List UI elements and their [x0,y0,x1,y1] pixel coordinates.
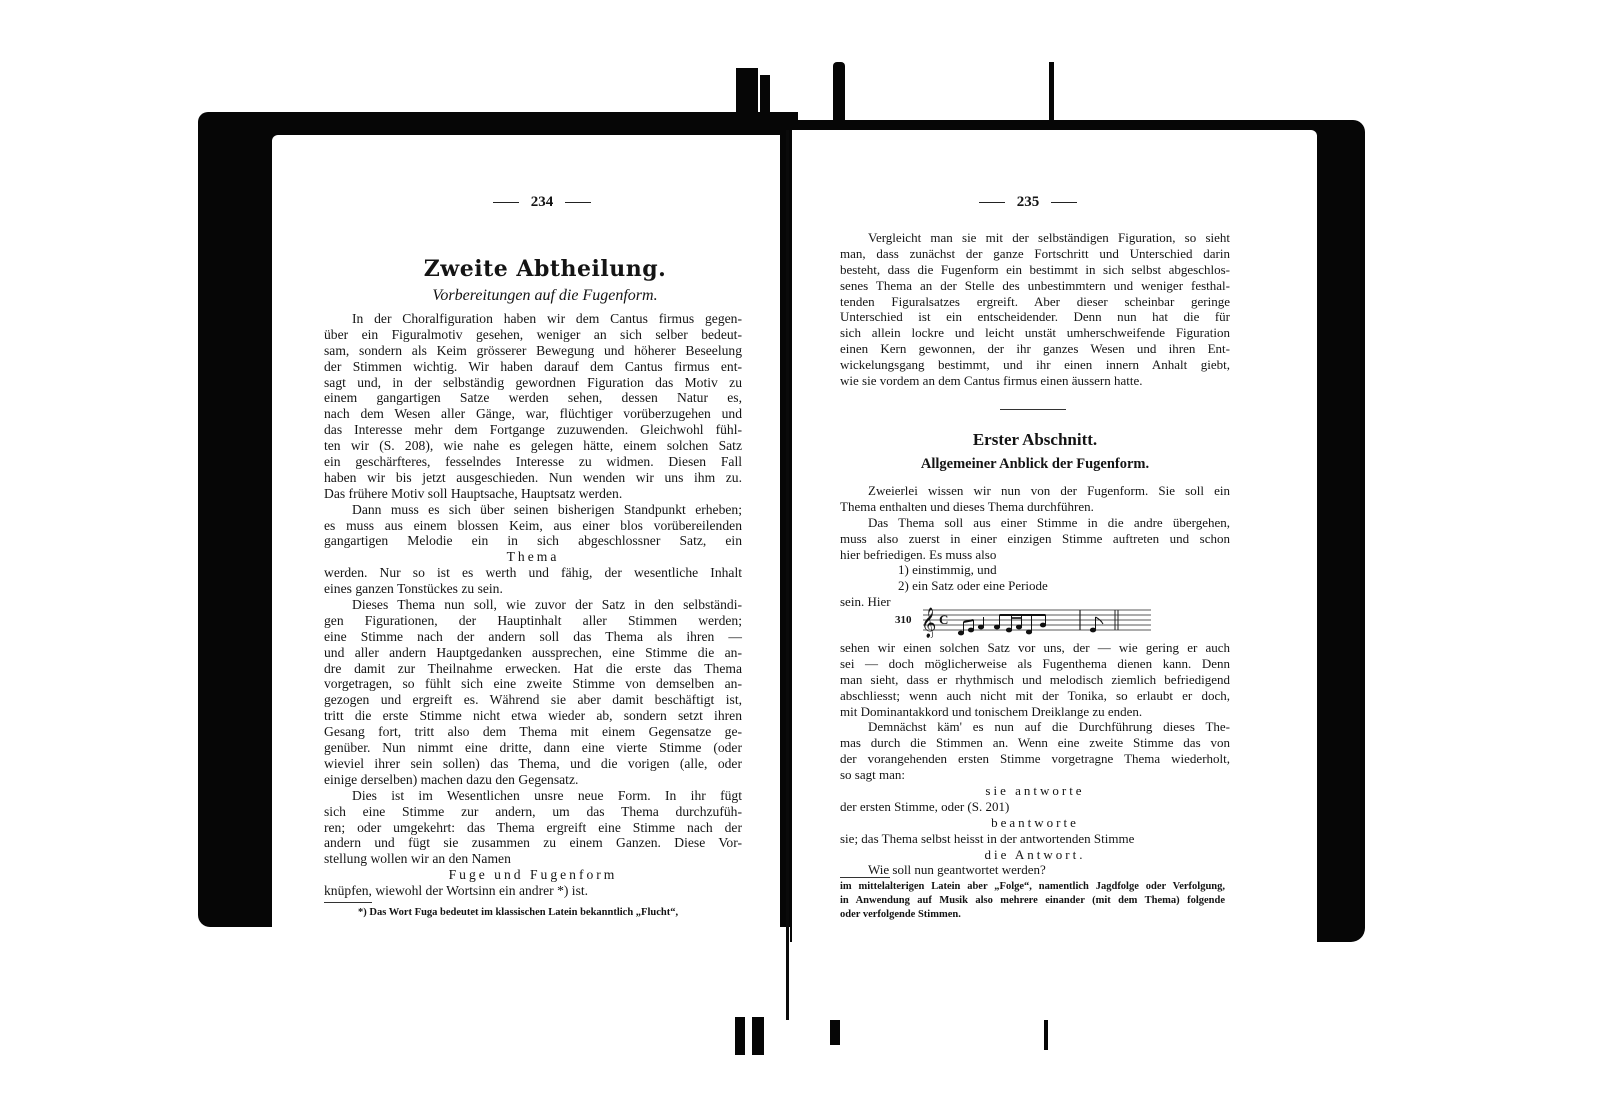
text-line: knüpfen, wiewohl der Wortsinn ein andrer… [324,883,742,899]
section-divider [1000,409,1066,410]
list-item: 1) einstimmig, und [840,562,1230,578]
bookmark-ribbon [1044,1020,1048,1050]
text-line: einige derselben) machen dazu den Gegens… [324,772,742,788]
text-line: mas durch die Stimmen an. Wenn eine zwei… [840,735,1230,751]
book-gutter [786,130,789,1020]
example-number: 310 [895,614,912,626]
text-line: nach dem Wesen aller Gänge, war, flüchti… [324,406,742,422]
right-body-text-mid: Zweierlei wissen wir nun von der Fugenfo… [840,483,1230,610]
footnote-rule [324,902,372,903]
page-number-text: 234 [531,194,554,210]
text-line: der Stimmen wichtig. Wir haben darauf de… [324,359,742,375]
text-line: gen Figurationen, der Hauptinhalt aller … [324,613,742,629]
text-line: das Interesse mehr dem Fortgange zuzuwen… [324,422,742,438]
page-number-right: 235 [928,194,1128,211]
text-line: ren; oder umgekehrt: das Thema ergreift … [324,820,742,836]
text-line: dre damit zur Theilnahme erwecken. Hat d… [324,661,742,677]
text-line: tritt die erste Stimme nicht etwa wieder… [324,708,742,724]
text-line: so sagt man: [840,767,1230,783]
text-line: sehen wir einen solchen Satz vor uns, de… [840,640,1230,656]
text-line: der ersten Stimme, oder (S. 201) [840,799,1230,815]
text-line: Zweierlei wissen wir nun von der Fugenfo… [840,483,1230,499]
page-number-left: 234 [442,194,642,211]
music-example: 310 𝄞 C [895,604,1155,638]
text-line: ein geschärfteres, fesselndes Interesse … [324,454,742,470]
text-line: stellung wollen wir an den Namen [324,851,742,867]
text-line: einen Kern gewonnen, der ihr ganzes Wese… [840,341,1230,357]
left-body-text: In der Choralfiguration haben wir dem Ca… [324,311,742,899]
text-line: Unterschied ist ein entscheidender. Denn… [840,309,1230,325]
page-number-text: 235 [1017,194,1040,210]
footnote-line: oder verfolgende Stimmen. [840,908,1225,922]
text-line: es muss aus einem blossen Keim, aus eine… [324,518,742,534]
text-line: genüber. Nun nimmt eine dritte, dann ein… [324,740,742,756]
text-line: einem gangartigen Satze werden sehen, de… [324,390,742,406]
text-line: Gesang fort, tritt also dem Thema mit ei… [324,724,742,740]
text-line: sei — doch möglicherweise als Fugenthema… [840,656,1230,672]
text-line: eines ganzen Tonstückes zu sein. [324,581,742,597]
text-line: Demnächst käm' es nun auf die Durchführu… [840,719,1230,735]
left-footnote: *) Das Wort Fuga bedeutet im klassischen… [358,906,678,920]
text-line: eine Stimme nach der andern soll das The… [324,629,742,645]
text-line: Das frühere Motiv soll Hauptsache, Haupt… [324,486,742,502]
text-line: Dies ist im Wesentlichen unsre neue Form… [324,788,742,804]
text-line: werden. Nur so ist es werth und fähig, d… [324,565,742,581]
music-staff-icon: 𝄞 C [917,604,1157,638]
text-line-emphasis: Thema [324,549,742,565]
right-body-text-top: Vergleicht man sie mit der selbständigen… [840,230,1230,389]
text-line: hier befriedigen. Es muss also [840,547,1230,563]
bookmark-ribbon [760,75,770,125]
text-line-emphasis: die Antwort. [840,847,1230,863]
section-subheading: Allgemeiner Anblick der Fugenform. [840,456,1230,473]
right-body-text-bottom: sehen wir einen solchen Satz vor uns, de… [840,640,1230,878]
text-line: vorgetragen, so fühlt sich eine zweite S… [324,676,742,692]
footnote-line: in Anwendung auf Musik also mehrere eina… [840,894,1225,908]
svg-text:𝄞: 𝄞 [921,607,936,638]
section-heading: Erster Abschnitt. [840,430,1230,450]
text-line: wieviel ihrer sein sollen) das Thema, un… [324,756,742,772]
text-line: senes Thema an der Stelle des unbestimmt… [840,278,1230,294]
footnote-line: im mittelalterigen Latein aber „Folge“, … [840,880,1225,894]
part-heading: Zweite Abtheilung. [330,256,760,282]
text-line: sich allein lockre und leicht unstät umh… [840,325,1230,341]
text-line: muss also zuerst in einer einzigen Stimm… [840,531,1230,547]
text-line: sie; das Thema selbst heisst in der antw… [840,831,1230,847]
text-line: der vorangehenden ersten Stimme vorgetra… [840,751,1230,767]
text-line-emphasis: Fuge und Fugenform [324,867,742,883]
list-item: 2) ein Satz oder eine Periode [840,578,1230,594]
text-line: sam, sondern als Keim grösserer Bewegung… [324,343,742,359]
text-line: Vergleicht man sie mit der selbständigen… [840,230,1230,246]
text-line: ten wir (S. 208), wie nahe es gelegen hä… [324,438,742,454]
part-subheading: Vorbereitungen auf die Fugenform. [330,287,760,305]
text-line: über ein Figuralmotiv gesehen, weniger a… [324,327,742,343]
text-line: sich eine Stimme zur andern, um das Them… [324,804,742,820]
svg-text:C: C [939,612,948,627]
bookmark-ribbon [1049,62,1054,127]
text-line: Wie soll nun geantwortet werden? [840,862,1230,878]
text-line: andern und fügt sie zusammen zu einem Ga… [324,835,742,851]
text-line: Dann muss es sich über seinen bisherigen… [324,502,742,518]
text-line: man, dass zunächst der ganze Fortschritt… [840,246,1230,262]
text-line: tenden Figuralsatzes ergreift. Aber dies… [840,294,1230,310]
text-line: Das Thema soll aus einer Stimme in die a… [840,515,1230,531]
text-line: gezogen und ergreift es. Während sie abe… [324,692,742,708]
text-line: haben wir bis jetzt ausgeschieden. Nun w… [324,470,742,486]
text-line-emphasis: beantworte [840,815,1230,831]
bookmark-ribbon [736,68,758,128]
text-line: und aller andern Hauptgedanken aussprech… [324,645,742,661]
text-line: abschliesst; wenn auch nicht mit der Ton… [840,688,1230,704]
footnote-rule [840,877,890,878]
text-line: besteht, dass die Fugenform ein bestimmt… [840,262,1230,278]
text-line: man sieht, dass er rhythmisch und melodi… [840,672,1230,688]
text-line: gangartigen Melodie ein in sich abgeschl… [324,533,742,549]
text-line: mit Dominantakkord und tonischem Dreikla… [840,704,1230,720]
text-line-emphasis: sie antworte [840,783,1230,799]
text-line: wie sie vordem an dem Cantus firmus eine… [840,373,1230,389]
text-line: Thema enthalten und dieses Thema durchfü… [840,499,1230,515]
right-footnote: im mittelalterigen Latein aber „Folge“, … [840,880,1225,922]
text-line: Dieses Thema nun soll, wie zuvor der Sat… [324,597,742,613]
text-line: sagt und, in der selbständig gewordnen F… [324,375,742,391]
text-line: In der Choralfiguration haben wir dem Ca… [324,311,742,327]
bookmark-ribbon [833,62,845,127]
text-line: wickelungsgang bestimmt, und ihr einen i… [840,357,1230,373]
